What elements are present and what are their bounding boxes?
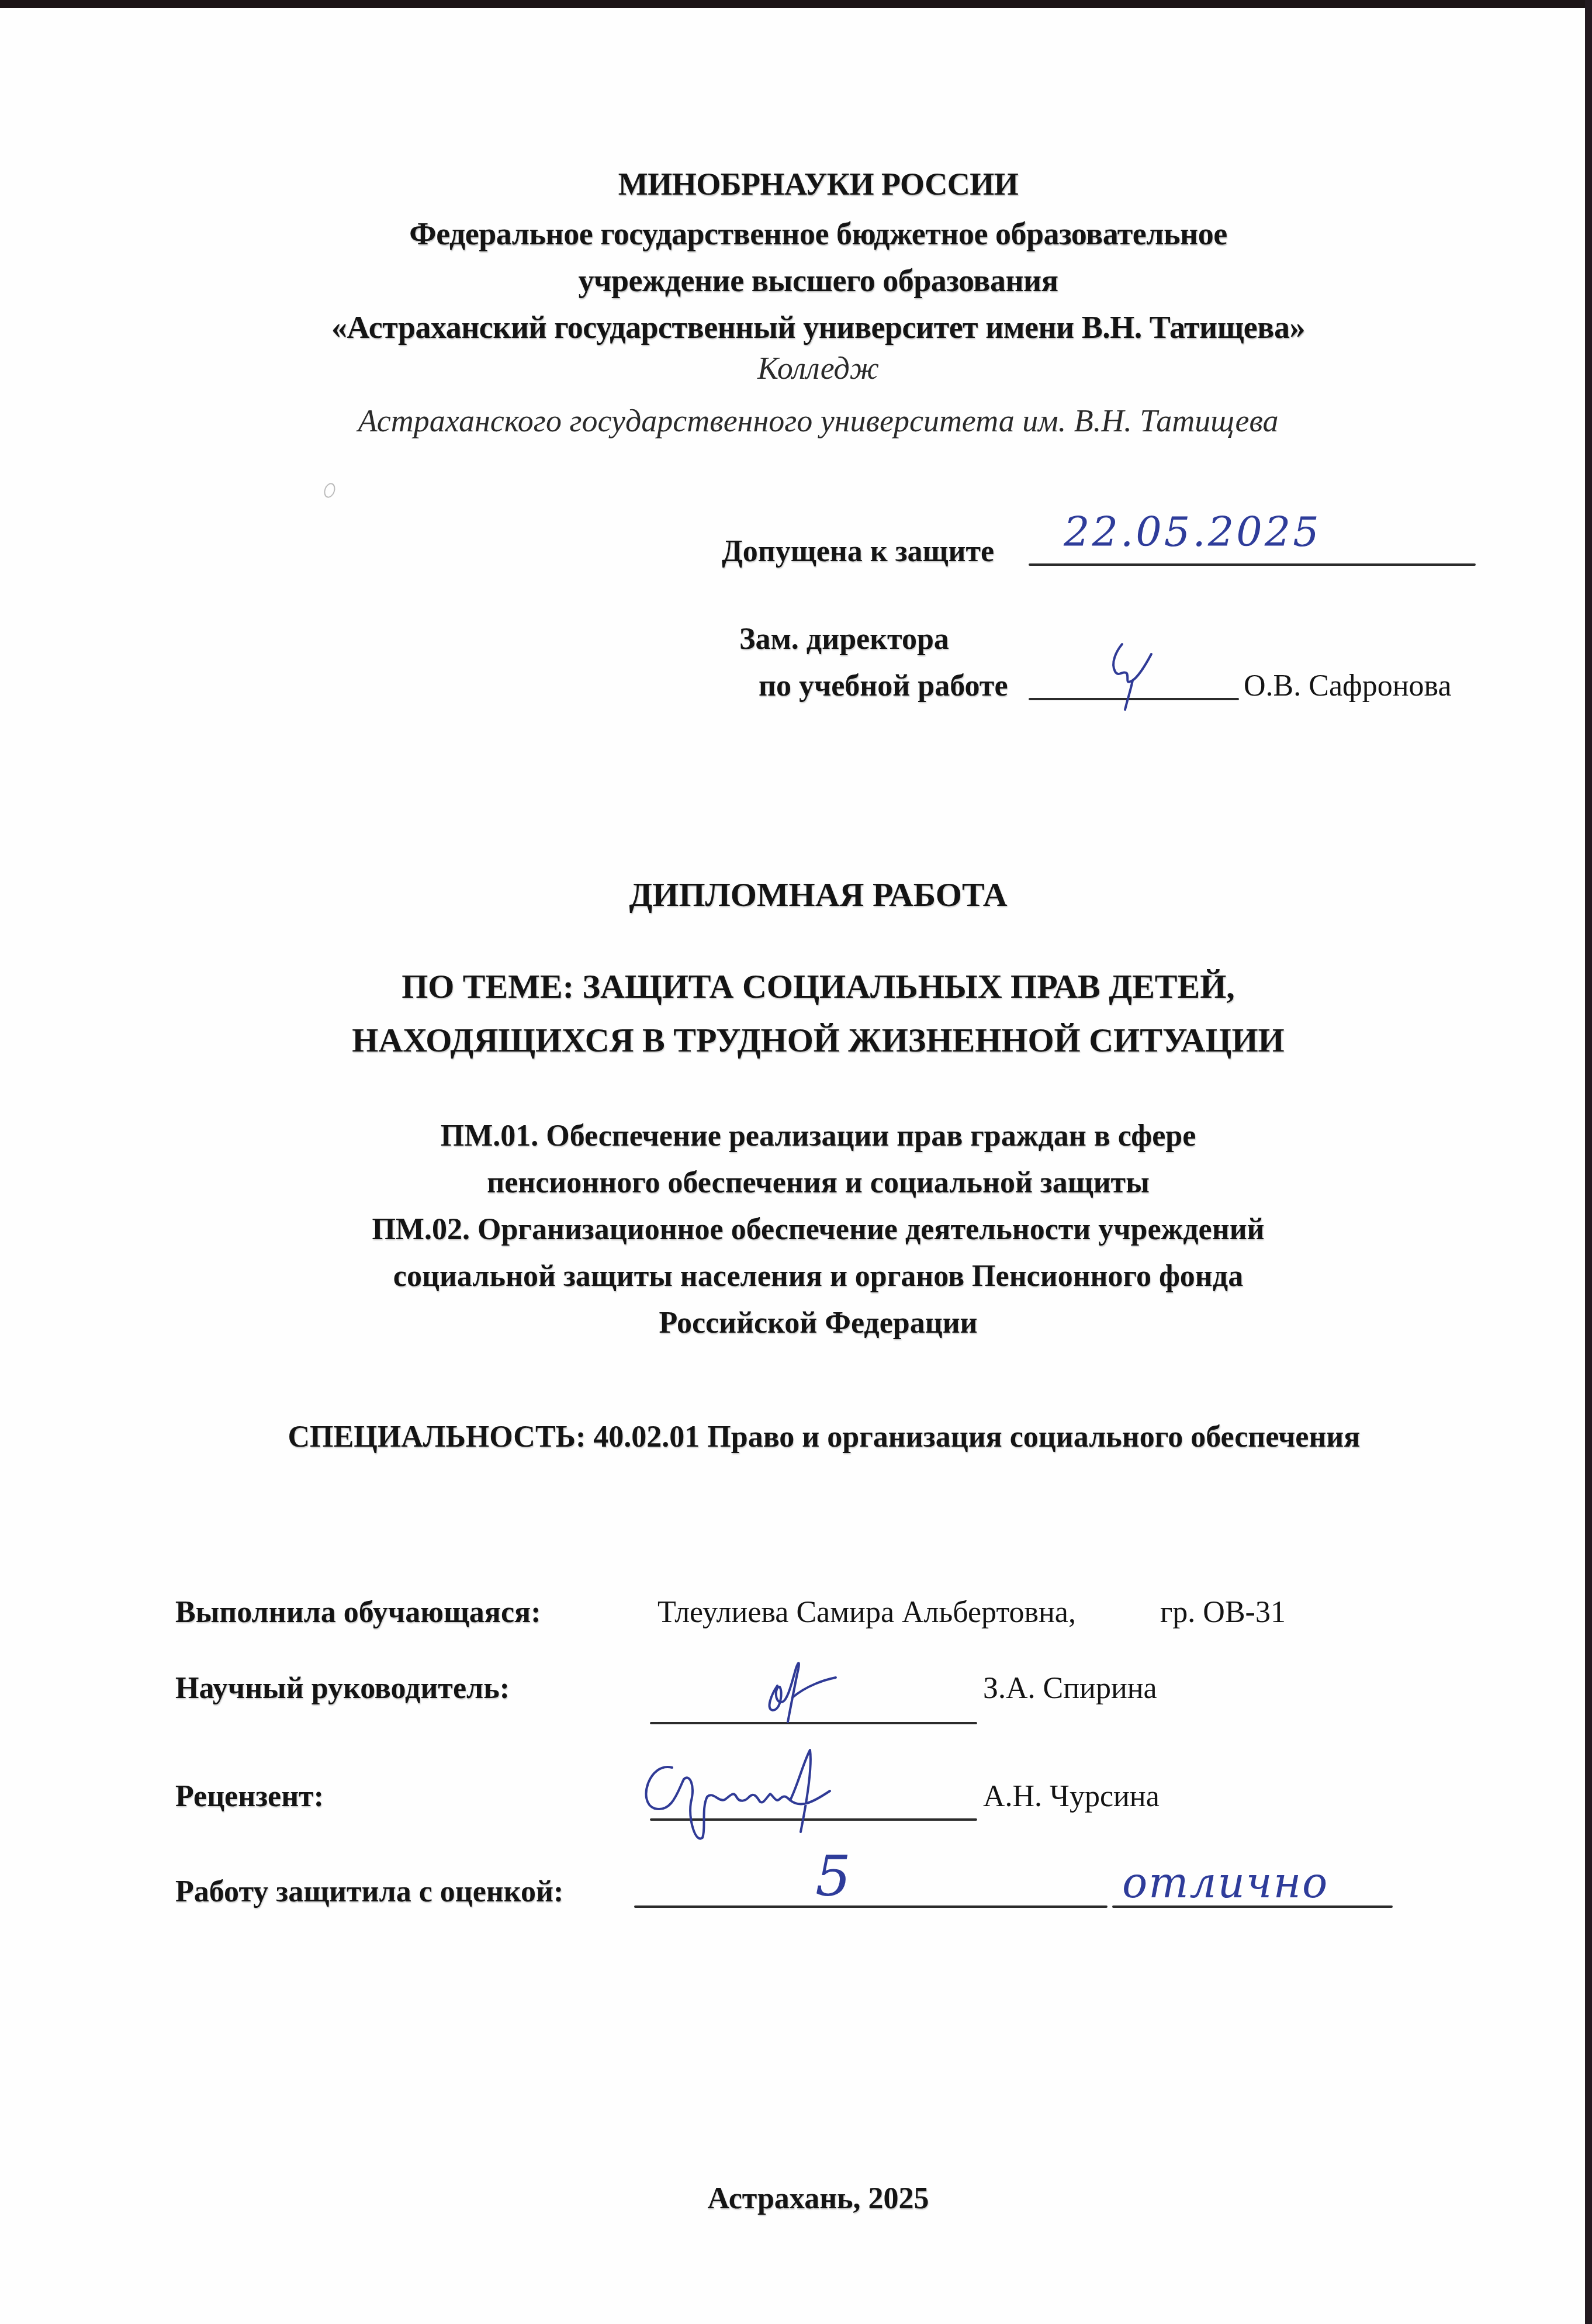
college-line-2: Астраханского государственного университ… <box>0 403 1592 439</box>
deputy-name: О.В. Сафронова <box>1244 669 1451 703</box>
deputy-label-line-1: Зам. директора <box>739 622 949 656</box>
specialty: СПЕЦИАЛЬНОСТЬ: 40.02.01 Право и организа… <box>181 1420 1467 1454</box>
admitted-label: Допущена к защите <box>722 534 994 569</box>
institution-line-2: учреждение высшего образования <box>0 262 1592 299</box>
theme-line-2: НАХОДЯЩИХСЯ В ТРУДНОЙ ЖИЗНЕННОЙ СИТУАЦИИ <box>0 1021 1592 1060</box>
document-page: МИНОБРНАУКИ РОССИИ Федеральное государст… <box>0 8 1585 2324</box>
city-year: Астрахань, 2025 <box>0 2181 1592 2216</box>
supervisor-label: Научный руководитель: <box>175 1671 510 1706</box>
student-label: Выполнила обучающаяся: <box>175 1595 541 1630</box>
ministry-heading: МИНОБРНАУКИ РОССИИ <box>0 166 1592 202</box>
module-1-line-1: ПМ.01. Обеспечение реализации прав гражд… <box>0 1119 1592 1153</box>
module-2-line-2: социальной защиты населения и органов Пе… <box>0 1259 1592 1294</box>
stray-scan-mark <box>322 482 337 500</box>
reviewer-signature <box>637 1738 988 1855</box>
college-line-1: Колледж <box>0 350 1592 386</box>
university-name: «Астраханский государственный университе… <box>0 309 1592 345</box>
supervisor-signature <box>760 1645 865 1727</box>
deputy-label-line-2: по учебной работе <box>759 669 1008 703</box>
scan-border-top <box>0 0 1592 8</box>
admitted-date-line <box>1029 563 1476 566</box>
grade-value-handwritten: 5 <box>815 1844 851 1909</box>
institution-line-1: Федеральное государственное бюджетное об… <box>0 216 1592 252</box>
grade-word-handwritten: отлично <box>1122 1858 1328 1907</box>
reviewer-name: А.Н. Чурсина <box>983 1779 1160 1814</box>
grade-label: Работу защитила с оценкой: <box>175 1875 563 1909</box>
reviewer-label: Рецензент: <box>175 1779 324 1814</box>
theme-line-1: ПО ТЕМЕ: ЗАЩИТА СОЦИАЛЬНЫХ ПРАВ ДЕТЕЙ, <box>0 967 1592 1006</box>
module-2-line-1: ПМ.02. Организационное обеспечение деяте… <box>0 1212 1592 1247</box>
grade-value-line <box>634 1905 1108 1908</box>
admitted-date-handwritten: 22.05.2025 <box>1064 508 1321 556</box>
student-group: гр. ОВ-31 <box>1160 1595 1286 1630</box>
document-type-title: ДИПЛОМНАЯ РАБОТА <box>0 875 1592 914</box>
deputy-signature <box>1099 639 1169 715</box>
module-1-line-2: пенсионного обеспечения и социальной защ… <box>0 1166 1592 1200</box>
scan-border-right <box>1585 0 1592 2324</box>
supervisor-name: З.А. Спирина <box>983 1671 1157 1706</box>
module-2-line-3: Российской Федерации <box>0 1306 1592 1340</box>
student-name: Тлеулиева Самира Альбертовна, <box>657 1595 1076 1630</box>
